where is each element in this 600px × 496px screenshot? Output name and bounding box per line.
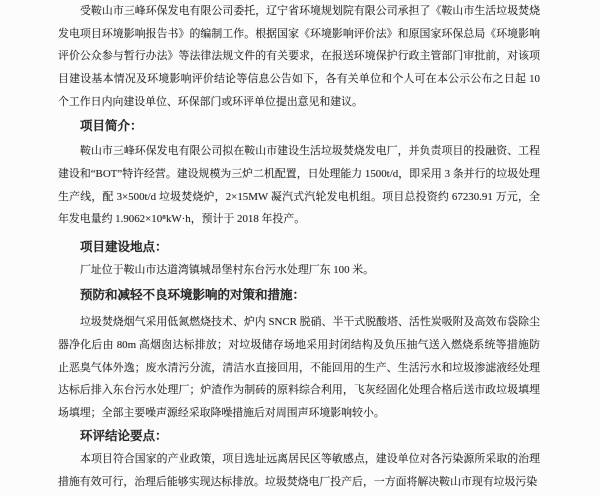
section-heading-project-location: 项目建设地点： xyxy=(58,236,540,259)
document-page: 受鞍山市三峰环保发电有限公司委托，辽宁省环境规划院有限公司承担了《鞍山市生活垃圾… xyxy=(0,0,600,496)
intro-paragraph: 受鞍山市三峰环保发电有限公司委托，辽宁省环境规划院有限公司承担了《鞍山市生活垃圾… xyxy=(58,0,540,114)
section-paragraph-project-intro: 鞍山市三峰环保发电有限公司拟在鞍山市建设生活垃圾焚烧发电厂，并负责项目的投融资、… xyxy=(58,140,540,231)
section-heading-mitigation-measures: 预防和减轻不良环境影响的对策和措施： xyxy=(58,284,540,307)
section-paragraph-eia-conclusions: 本项目符合国家的产业政策，项目选址远离居民区等敏感点，建设单位对各污染源所采取的… xyxy=(58,448,540,493)
section-heading-eia-conclusions: 环评结论要点： xyxy=(58,425,540,448)
section-paragraph-mitigation-measures: 垃圾焚烧烟气采用低氮燃烧技术、炉内 SNCR 脱硝、半干式脱酸塔、活性炭吸附及高… xyxy=(58,311,540,425)
section-heading-project-intro: 项目简介： xyxy=(58,115,540,138)
text-column: 受鞍山市三峰环保发电有限公司委托，辽宁省环境规划院有限公司承担了《鞍山市生活垃圾… xyxy=(58,0,540,494)
section-paragraph-project-location: 厂址位于鞍山市达道湾镇城昂堡村东台污水处理厂东 100 米。 xyxy=(58,259,540,282)
